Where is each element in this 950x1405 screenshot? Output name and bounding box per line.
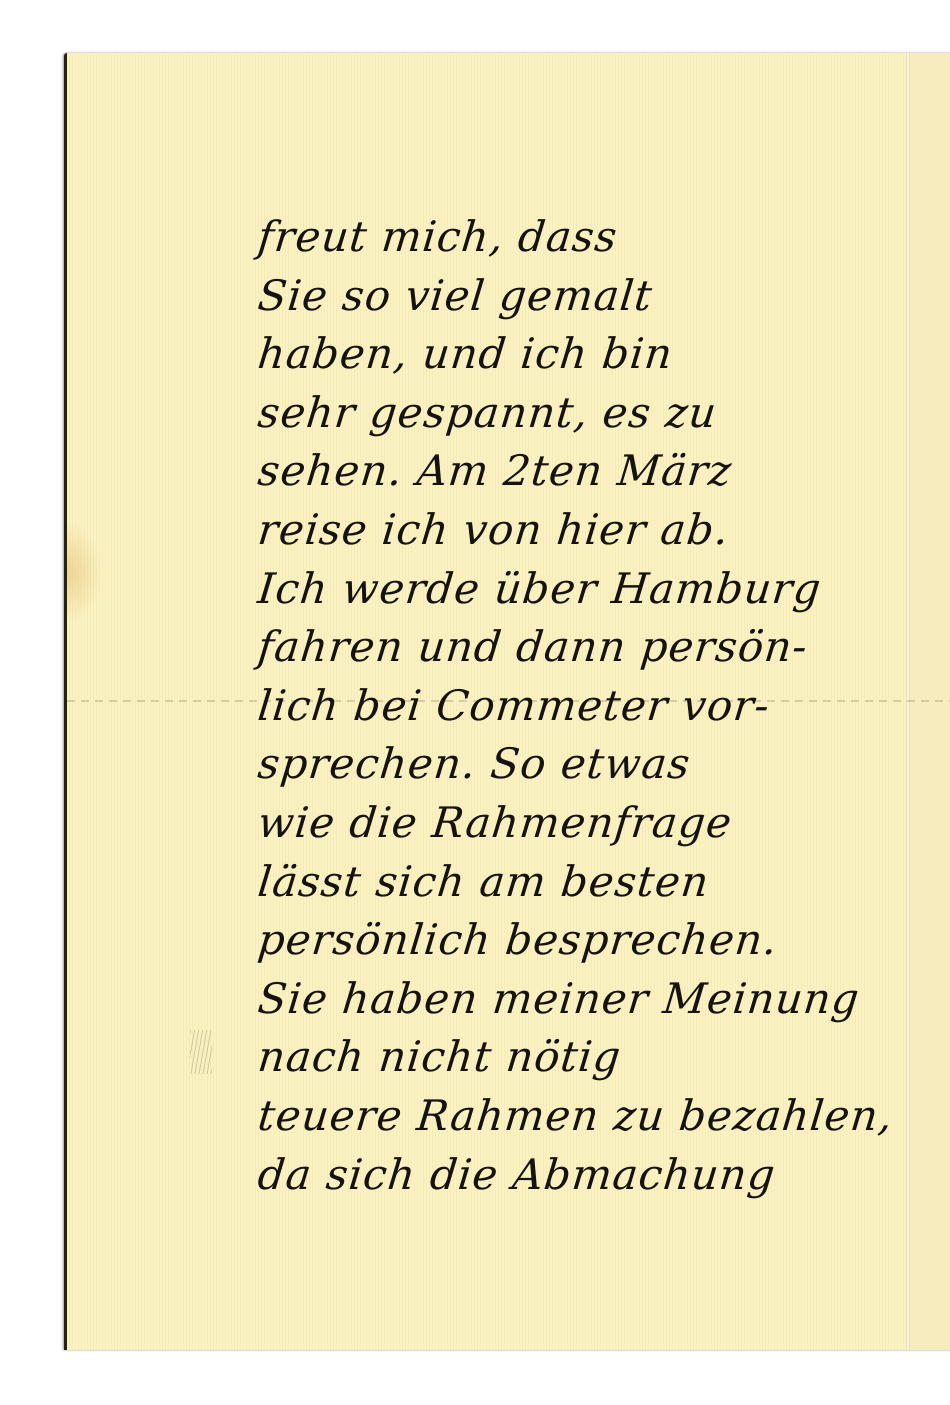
scanned-page: freut mich, dass Sie so viel gemalt habe… <box>0 0 950 1405</box>
text-line: teuere Rahmen zu bezahlen, <box>255 1087 901 1146</box>
text-line: sehr gespannt, es zu <box>255 384 901 443</box>
text-line: Sie so viel gemalt <box>255 267 901 326</box>
text-line: lich bei Commeter vor- <box>255 677 901 736</box>
text-line: da sich die Abmachung <box>255 1146 901 1205</box>
text-line: Sie haben meiner Meinung <box>255 970 901 1029</box>
text-line: persönlich besprechen. <box>255 911 901 970</box>
text-line: reise ich von hier ab. <box>255 501 901 560</box>
text-line: Ich werde über Hamburg <box>255 560 901 619</box>
text-line: fahren und dann persön- <box>255 618 901 677</box>
text-line: nach nicht nötig <box>255 1028 901 1087</box>
text-line: lässt sich am besten <box>255 853 901 912</box>
text-line: sehen. Am 2ten März <box>255 442 901 501</box>
pencil-mark <box>190 1030 212 1074</box>
handwritten-text: freut mich, dass Sie so viel gemalt habe… <box>255 208 895 1204</box>
paper-stain <box>67 525 101 620</box>
text-line: haben, und ich bin <box>255 325 901 384</box>
text-line: wie die Rahmenfrage <box>255 794 901 853</box>
text-line: freut mich, dass <box>255 208 901 267</box>
text-line: sprechen. So etwas <box>255 735 901 794</box>
